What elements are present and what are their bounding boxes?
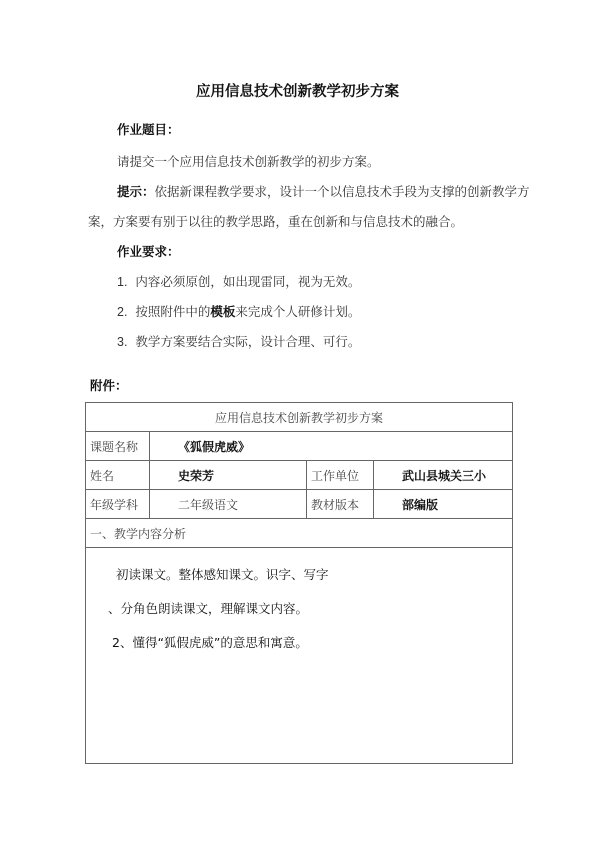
unit-value: 武山县城关三小 [374, 461, 513, 490]
topic-value: 《狐假虎威》 [150, 432, 513, 461]
section1-title: 一、教学内容分析 [86, 519, 513, 548]
requirement-item-3: 3. 教学方案要结合实际，设计合理、可行。 [117, 332, 360, 350]
lesson-plan-form: 应用信息技术创新教学初步方案 课题名称 《狐假虎威》 姓名 史荣芳 工作单位 武… [85, 402, 513, 764]
section1-title-row: 一、教学内容分析 [86, 519, 513, 548]
assignment-text: 请提交一个应用信息技术创新教学的初步方案。 [117, 152, 380, 170]
section1-body: 初读课文。整体感知课文。识字、写字 、分角色朗读课文，理解课文内容。 2、懂得“… [86, 548, 513, 764]
topic-row: 课题名称 《狐假虎威》 [86, 432, 513, 461]
edition-value: 部编版 [374, 490, 513, 519]
name-label: 姓名 [86, 461, 150, 490]
attachment-heading: 附件： [90, 376, 128, 394]
unit-label: 工作单位 [307, 461, 374, 490]
requirements-heading: 作业要求： [117, 242, 180, 260]
section1-line-2: 、分角色朗读课文，理解课文内容。 [104, 600, 512, 634]
name-row: 姓名 史荣芳 工作单位 武山县城关三小 [86, 461, 513, 490]
template-emphasis: 模板 [210, 304, 235, 319]
section1-line-3: 2、懂得“狐假虎威”的意思和寓意。 [104, 634, 512, 668]
requirement-item-1: 1. 内容必须原创，如出现雷同，视为无效。 [117, 272, 360, 290]
form-header-row: 应用信息技术创新教学初步方案 [86, 403, 513, 432]
name-value: 史荣芳 [150, 461, 307, 490]
requirement-item-2: 2. 按照附件中的模板来完成个人研修计划。 [117, 302, 360, 320]
grade-label: 年级学科 [86, 490, 150, 519]
section1-body-row: 初读课文。整体感知课文。识字、写字 、分角色朗读课文，理解课文内容。 2、懂得“… [86, 548, 513, 764]
document-title: 应用信息技术创新教学初步方案 [0, 80, 595, 101]
hint-paragraph-line1: 提示：依据新课程教学要求，设计一个以信息技术手段为支撑的创新教学方 [117, 182, 530, 200]
grade-value: 二年级语文 [150, 490, 307, 519]
edition-label: 教材版本 [307, 490, 374, 519]
section1-line-1: 初读课文。整体感知课文。识字、写字 [104, 566, 512, 600]
hint-text-line2: 案，方案要有别于以往的教学思路，重在创新和与信息技术的融合。 [88, 212, 463, 230]
form-header: 应用信息技术创新教学初步方案 [86, 403, 513, 432]
grade-row: 年级学科 二年级语文 教材版本 部编版 [86, 490, 513, 519]
topic-label: 课题名称 [86, 432, 150, 461]
hint-text-line1: 依据新课程教学要求，设计一个以信息技术手段为支撑的创新教学方 [155, 184, 530, 199]
assignment-heading: 作业题目： [117, 120, 180, 138]
hint-label: 提示： [117, 184, 155, 199]
